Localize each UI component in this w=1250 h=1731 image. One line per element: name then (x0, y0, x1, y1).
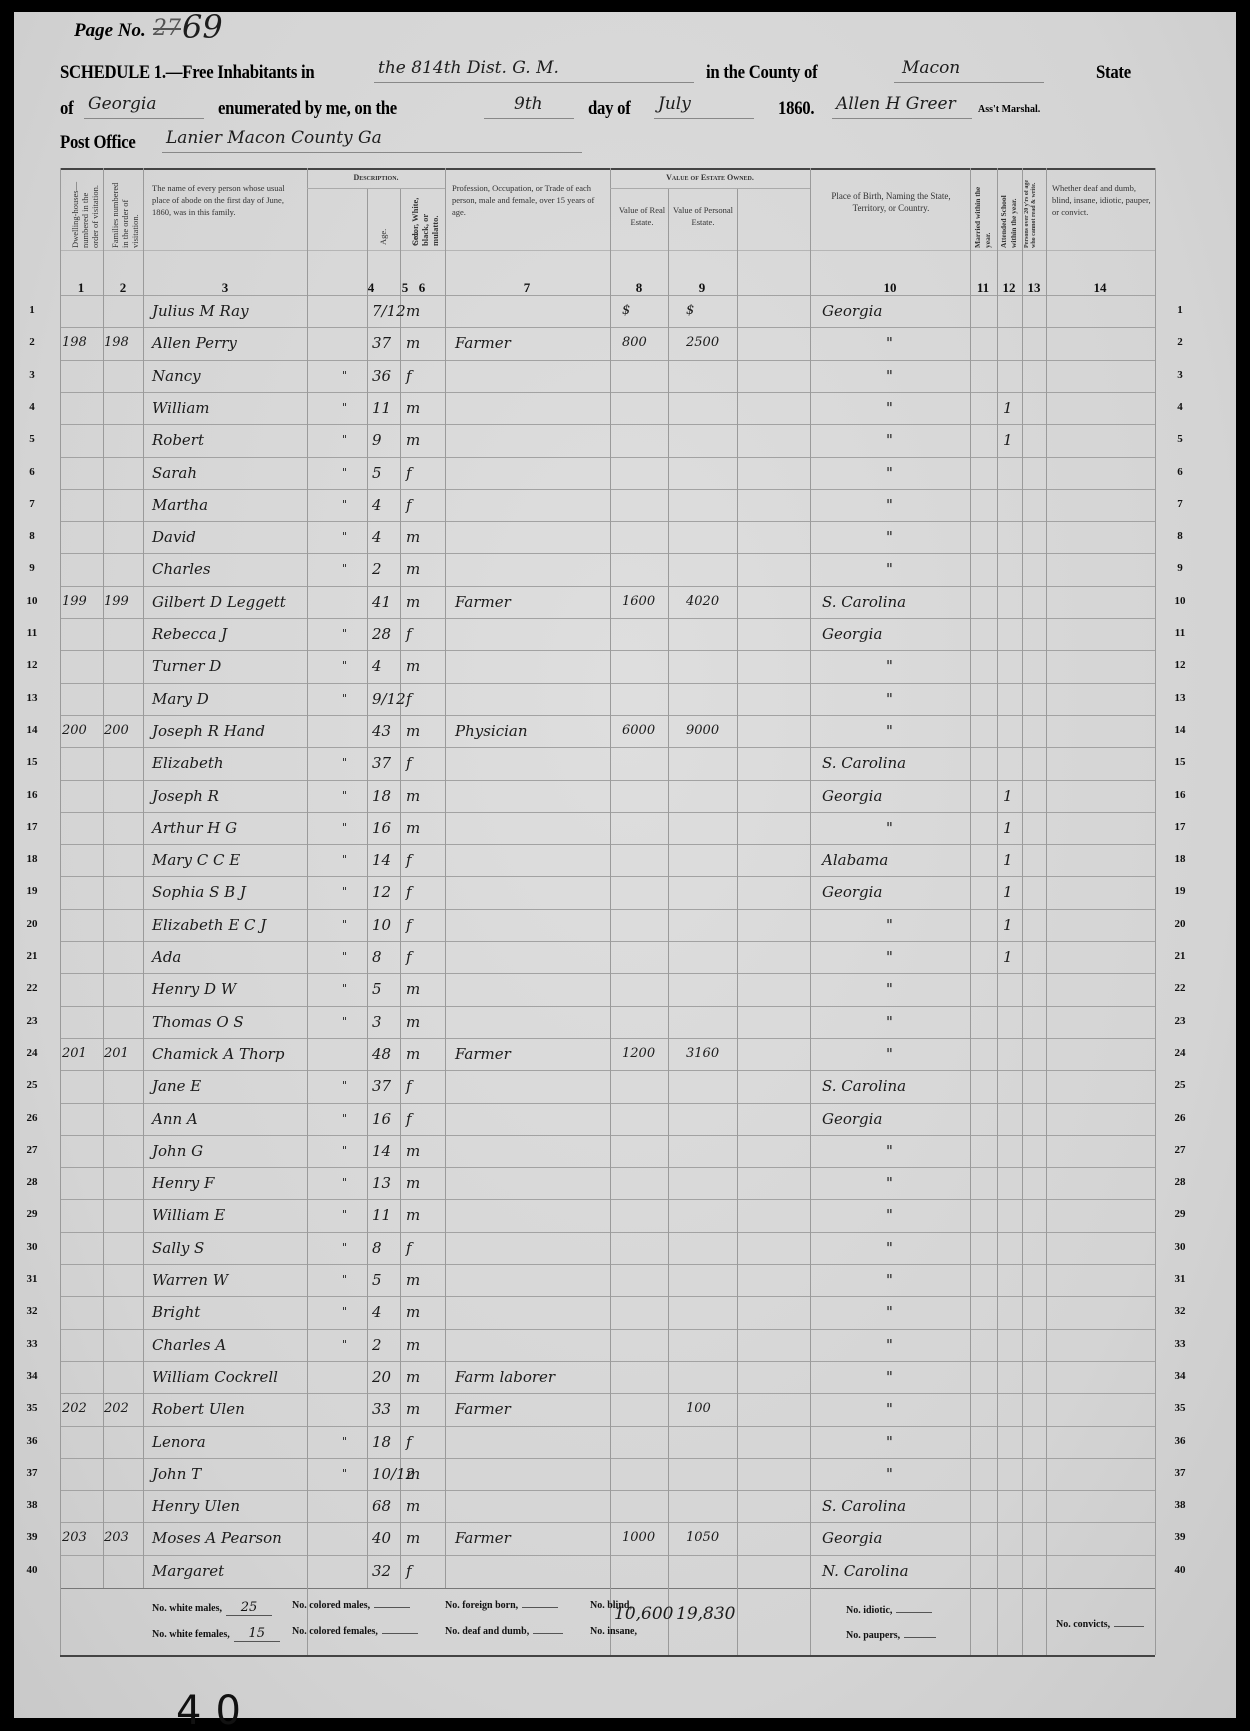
age: 13 (372, 1173, 391, 1193)
sex: m (406, 818, 420, 838)
occupation: Farmer (455, 1044, 511, 1064)
age: 18 (372, 1432, 391, 1452)
family-number: 201 (104, 1044, 129, 1064)
surname-ditto: " (342, 1141, 347, 1161)
birthplace: " (886, 463, 893, 483)
birthplace: " (886, 1141, 893, 1161)
birthplace: S. Carolina (822, 1076, 906, 1096)
surname-ditto: " (342, 1238, 347, 1258)
surname-ditto: " (342, 398, 347, 418)
sex: m (406, 527, 420, 547)
family-number: 199 (104, 592, 129, 612)
line-number-left: 31 (20, 1273, 44, 1285)
person-name: Thomas O S (152, 1012, 244, 1032)
line-number-right: 9 (1168, 562, 1192, 574)
birthplace: " (886, 1270, 893, 1290)
person-name: Rebecca J (152, 624, 227, 644)
birthplace: " (886, 495, 893, 515)
birthplace: " (886, 689, 893, 709)
real-estate-value: 1000 (622, 1528, 655, 1548)
person-name: Robert (152, 430, 204, 450)
page-header: Page No. 27 69 SCHEDULE 1.—Free Inhabita… (14, 12, 1236, 172)
col-header-married: Married within the year. (973, 174, 995, 248)
col-header-age: Age. (378, 223, 392, 245)
col-group-description: Description. (307, 172, 445, 184)
line-number-right: 24 (1168, 1047, 1192, 1059)
person-name: Joseph R Hand (152, 721, 265, 741)
attended-school: 1 (1003, 850, 1013, 870)
surname-ditto: " (342, 1335, 347, 1355)
family-number: 202 (104, 1399, 129, 1419)
age: 9/12 (372, 689, 406, 709)
age: 9 (372, 430, 382, 450)
surname-ditto: " (342, 559, 347, 579)
col-header-school: Attended School within the year. (999, 174, 1021, 248)
line-number-left: 21 (20, 950, 44, 962)
line-number-right: 38 (1168, 1499, 1192, 1511)
birthplace: " (886, 1173, 893, 1193)
family-number: 198 (104, 333, 129, 353)
line-number-left: 15 (20, 756, 44, 768)
surname-ditto: " (342, 366, 347, 386)
line-number-left: 7 (20, 498, 44, 510)
real-estate-value: 1600 (622, 592, 655, 612)
line-number-left: 18 (20, 853, 44, 865)
line-number-right: 22 (1168, 982, 1192, 994)
column-number: 3 (211, 280, 239, 296)
personal-estate-value: 9000 (686, 721, 719, 741)
sex: m (406, 398, 420, 418)
birthplace: " (886, 915, 893, 935)
surname-ditto: " (342, 915, 347, 935)
white-males-label: No. white males, (152, 1603, 222, 1614)
sex: f (406, 1561, 412, 1581)
total-personal-estate: 19,830 (676, 1604, 735, 1624)
real-estate-value: 800 (622, 333, 647, 353)
age: 10 (372, 915, 391, 935)
birthplace: " (886, 947, 893, 967)
line-number-left: 22 (20, 982, 44, 994)
person-name: Sophia S B J (152, 882, 246, 902)
line-number-left: 4 (20, 401, 44, 413)
line-number-right: 35 (1168, 1402, 1192, 1414)
line-number-left: 26 (20, 1112, 44, 1124)
line-number-left: 2 (20, 336, 44, 348)
birthplace: " (886, 1044, 893, 1064)
person-name: Moses A Pearson (152, 1528, 282, 1548)
line-number-right: 32 (1168, 1305, 1192, 1317)
person-name: David (152, 527, 196, 547)
surname-ditto: " (342, 753, 347, 773)
foreign-born-label: No. foreign born, (445, 1600, 518, 1611)
line-number-right: 30 (1168, 1241, 1192, 1253)
col-header-condition: Whether deaf and dumb, blind, insane, id… (1052, 182, 1152, 218)
person-name: Allen Perry (152, 333, 237, 353)
colored-males-label: No. colored males, (292, 1600, 370, 1611)
person-name: Nancy (152, 366, 201, 386)
line-number-right: 11 (1168, 627, 1192, 639)
year-label: 1860. (778, 98, 814, 120)
schedule-label: SCHEDULE 1.—Free Inhabitants in (60, 62, 314, 84)
state-value: Georgia (88, 94, 156, 114)
birthplace: Georgia (822, 786, 882, 806)
age: 37 (372, 333, 391, 353)
personal-estate-value: 2500 (686, 333, 719, 353)
birthplace: " (886, 1367, 893, 1387)
col-header-birthplace: Place of Birth, Naming the State, Territ… (816, 190, 966, 214)
sex: f (406, 1076, 412, 1096)
age: 2 (372, 559, 382, 579)
col-header-color: Color, White, black, or mulatto. (410, 192, 440, 246)
person-name: Henry Ulen (152, 1496, 240, 1516)
line-number-right: 29 (1168, 1208, 1192, 1220)
age: 8 (372, 1238, 382, 1258)
sex: m (406, 1270, 420, 1290)
age: 16 (372, 818, 391, 838)
sex: f (406, 915, 412, 935)
surname-ditto: " (342, 1302, 347, 1322)
sex: m (406, 1528, 420, 1548)
day-of-label: day of (588, 98, 631, 120)
person-name: Elizabeth (152, 753, 224, 773)
line-number-right: 25 (1168, 1079, 1192, 1091)
line-number-right: 17 (1168, 821, 1192, 833)
line-number-right: 5 (1168, 433, 1192, 445)
sex: f (406, 882, 412, 902)
sex: m (406, 1173, 420, 1193)
sex: f (406, 463, 412, 483)
family-number: 203 (104, 1528, 129, 1548)
line-number-right: 33 (1168, 1338, 1192, 1350)
sex: m (406, 301, 420, 321)
real-estate-value: 6000 (622, 721, 655, 741)
page-number-value: 69 (182, 8, 223, 46)
birthplace: Georgia (822, 1528, 882, 1548)
line-number-right: 40 (1168, 1564, 1192, 1576)
line-number-right: 23 (1168, 1015, 1192, 1027)
person-name: Sarah (152, 463, 197, 483)
person-name: Robert Ulen (152, 1399, 245, 1419)
dwelling-number: 202 (62, 1399, 87, 1419)
sex: f (406, 1432, 412, 1452)
person-name: Henry F (152, 1173, 214, 1193)
person-name: Elizabeth E C J (152, 915, 266, 935)
age: 5 (372, 463, 382, 483)
sex: f (406, 753, 412, 773)
birthplace: " (886, 1238, 893, 1258)
county-label: in the County of (706, 62, 817, 84)
birthplace: " (886, 398, 893, 418)
col-header-illiterate: Persons over 20 y'rs of age who cannot r… (1024, 170, 1046, 248)
line-number-right: 31 (1168, 1273, 1192, 1285)
sex: f (406, 624, 412, 644)
line-number-right: 26 (1168, 1112, 1192, 1124)
sex: m (406, 1464, 420, 1484)
age: 68 (372, 1496, 391, 1516)
line-number-left: 38 (20, 1499, 44, 1511)
age: 43 (372, 721, 391, 741)
age: 8 (372, 947, 382, 967)
birthplace: " (886, 979, 893, 999)
dwelling-number: 203 (62, 1528, 87, 1548)
occupation: Farm laborer (455, 1367, 555, 1387)
person-name: John G (152, 1141, 203, 1161)
person-name: Sally S (152, 1238, 204, 1258)
sex: m (406, 1044, 420, 1064)
age: 18 (372, 786, 391, 806)
state-label: State (1096, 62, 1131, 84)
person-name: Gilbert D Leggett (152, 592, 286, 612)
paupers-label: No. paupers, (846, 1630, 900, 1641)
sex: m (406, 592, 420, 612)
surname-ditto: " (342, 1012, 347, 1032)
dwelling-number: 200 (62, 721, 87, 741)
age: 4 (372, 1302, 382, 1322)
line-number-left: 8 (20, 530, 44, 542)
dwelling-number: 198 (62, 333, 87, 353)
age: 4 (372, 495, 382, 515)
family-number: 200 (104, 721, 129, 741)
person-name: Ann A (152, 1109, 198, 1129)
real-estate-value: 1200 (622, 1044, 655, 1064)
birthplace: S. Carolina (822, 1496, 906, 1516)
birthplace: " (886, 1302, 893, 1322)
birthplace: Georgia (822, 624, 882, 644)
sex: m (406, 559, 420, 579)
birthplace: " (886, 527, 893, 547)
line-number-left: 5 (20, 433, 44, 445)
age: 5 (372, 979, 382, 999)
person-name: Lenora (152, 1432, 206, 1452)
person-name: Jane E (152, 1076, 201, 1096)
birthplace: " (886, 1205, 893, 1225)
line-number-left: 1 (20, 304, 44, 316)
line-number-left: 12 (20, 659, 44, 671)
birthplace: " (886, 430, 893, 450)
line-number-right: 6 (1168, 466, 1192, 478)
line-number-right: 20 (1168, 918, 1192, 930)
person-name: John T (152, 1464, 201, 1484)
insane-label: No. insane, (590, 1626, 637, 1637)
line-number-left: 6 (20, 466, 44, 478)
surname-ditto: " (342, 1464, 347, 1484)
personal-estate-value: 100 (686, 1399, 711, 1419)
birthplace: Georgia (822, 882, 882, 902)
attended-school: 1 (1003, 818, 1013, 838)
surname-ditto: " (342, 1173, 347, 1193)
age: 11 (372, 398, 391, 418)
attended-school: 1 (1003, 398, 1013, 418)
surname-ditto: " (342, 1432, 347, 1452)
line-number-left: 25 (20, 1079, 44, 1091)
age: 32 (372, 1561, 391, 1581)
personal-estate-value: 3160 (686, 1044, 719, 1064)
person-name: Charles (152, 559, 211, 579)
surname-ditto: " (342, 882, 347, 902)
sex: m (406, 1399, 420, 1419)
birthplace: " (886, 656, 893, 676)
person-name: Julius M Ray (152, 301, 249, 321)
attended-school: 1 (1003, 430, 1013, 450)
line-number-right: 3 (1168, 369, 1192, 381)
age: 37 (372, 753, 391, 773)
person-name: Martha (152, 495, 208, 515)
deaf-dumb-label: No. deaf and dumb, (445, 1626, 529, 1637)
surname-ditto: " (342, 850, 347, 870)
district-value: the 814th Dist. G. M. (378, 58, 559, 78)
age: 37 (372, 1076, 391, 1096)
surname-ditto: " (342, 463, 347, 483)
total-real-estate: 10,600 (614, 1604, 673, 1624)
occupation: Farmer (455, 333, 511, 353)
line-number-right: 18 (1168, 853, 1192, 865)
birthplace: " (886, 333, 893, 353)
column-number: 10 (876, 280, 904, 296)
line-number-left: 28 (20, 1176, 44, 1188)
line-number-right: 36 (1168, 1435, 1192, 1447)
age: 48 (372, 1044, 391, 1064)
attended-school: 1 (1003, 915, 1013, 935)
col-header-real-estate: Value of Real Estate. (618, 204, 666, 228)
occupation: Farmer (455, 1528, 511, 1548)
person-name: Henry D W (152, 979, 236, 999)
surname-ditto: " (342, 818, 347, 838)
age: 2 (372, 1335, 382, 1355)
sex: m (406, 656, 420, 676)
person-name: Warren W (152, 1270, 228, 1290)
line-number-left: 19 (20, 885, 44, 897)
line-number-left: 13 (20, 692, 44, 704)
birthplace: " (886, 818, 893, 838)
line-number-right: 1 (1168, 304, 1192, 316)
surname-ditto: " (342, 1270, 347, 1290)
surname-ditto: " (342, 1205, 347, 1225)
line-number-left: 20 (20, 918, 44, 930)
occupation: Farmer (455, 592, 511, 612)
line-number-left: 10 (20, 595, 44, 607)
birthplace: " (886, 1432, 893, 1452)
age: 41 (372, 592, 391, 612)
age: 16 (372, 1109, 391, 1129)
line-number-left: 3 (20, 369, 44, 381)
surname-ditto: " (342, 1076, 347, 1096)
post-office-label: Post Office (60, 132, 136, 154)
birthplace: S. Carolina (822, 753, 906, 773)
white-males-value: 25 (226, 1600, 272, 1616)
line-number-left: 27 (20, 1144, 44, 1156)
of-label: of (60, 98, 73, 120)
line-number-right: 2 (1168, 336, 1192, 348)
sex: m (406, 1012, 420, 1032)
column-number: 1 (67, 280, 95, 296)
line-number-left: 36 (20, 1435, 44, 1447)
post-office-value: Lanier Macon County Ga (166, 128, 382, 148)
age: 11 (372, 1205, 391, 1225)
line-number-right: 4 (1168, 401, 1192, 413)
person-name: Chamick A Thorp (152, 1044, 284, 1064)
line-number-left: 37 (20, 1467, 44, 1479)
person-name: Bright (152, 1302, 200, 1322)
sex: m (406, 786, 420, 806)
birthplace: " (886, 1012, 893, 1032)
column-number: 12 (995, 280, 1023, 296)
age: 7/12 (372, 301, 406, 321)
col-header-dwelling: Dwelling-houses— numbered in the order o… (70, 176, 96, 248)
birthplace: " (886, 721, 893, 741)
sex: m (406, 333, 420, 353)
line-number-left: 23 (20, 1015, 44, 1027)
attended-school: 1 (1003, 786, 1013, 806)
surname-ditto: " (342, 624, 347, 644)
column-number: 8 (625, 280, 653, 296)
surname-ditto: " (342, 527, 347, 547)
convicts-label: No. convicts, (1056, 1619, 1110, 1630)
sex: f (406, 1238, 412, 1258)
person-name: Margaret (152, 1561, 224, 1581)
occupation: Physician (455, 721, 528, 741)
age: 5 (372, 1270, 382, 1290)
column-number: 7 (513, 280, 541, 296)
age: 14 (372, 1141, 391, 1161)
sex: f (406, 366, 412, 386)
census-table: Dwelling-houses— numbered in the order o… (60, 168, 1155, 1655)
line-number-left: 29 (20, 1208, 44, 1220)
real-estate-value: $ (622, 301, 630, 321)
column-number: 2 (109, 280, 137, 296)
surname-ditto: " (342, 495, 347, 515)
age: 4 (372, 656, 382, 676)
col-group-estate: Value of Estate Owned. (610, 172, 810, 184)
line-number-left: 35 (20, 1402, 44, 1414)
person-name: Ada (152, 947, 181, 967)
marshal-label: Ass't Marshal. (978, 104, 1040, 115)
surname-ditto: " (342, 786, 347, 806)
col-header-family: Families numbered in the order of visita… (110, 176, 136, 248)
person-name: William Cockrell (152, 1367, 278, 1387)
sex: f (406, 689, 412, 709)
age: 28 (372, 624, 391, 644)
birthplace: " (886, 366, 893, 386)
line-number-right: 7 (1168, 498, 1192, 510)
occupation: Farmer (455, 1399, 511, 1419)
birthplace: " (886, 559, 893, 579)
line-number-right: 8 (1168, 530, 1192, 542)
sex: m (406, 1367, 420, 1387)
colored-females-label: No. colored females, (292, 1626, 378, 1637)
person-name: William E (152, 1205, 225, 1225)
sex: m (406, 1496, 420, 1516)
birthplace: Georgia (822, 301, 882, 321)
attended-school: 1 (1003, 882, 1013, 902)
birthplace: " (886, 1464, 893, 1484)
line-number-right: 39 (1168, 1531, 1192, 1543)
sex: f (406, 947, 412, 967)
line-number-right: 12 (1168, 659, 1192, 671)
column-number: 11 (969, 280, 997, 296)
line-number-right: 14 (1168, 724, 1192, 736)
line-number-right: 21 (1168, 950, 1192, 962)
dwelling-number: 199 (62, 592, 87, 612)
line-number-left: 34 (20, 1370, 44, 1382)
line-number-left: 40 (20, 1564, 44, 1576)
line-number-right: 34 (1168, 1370, 1192, 1382)
age: 3 (372, 1012, 382, 1032)
line-number-left: 17 (20, 821, 44, 833)
age: 20 (372, 1367, 391, 1387)
personal-estate-value: $ (686, 301, 694, 321)
column-number: 9 (688, 280, 716, 296)
birthplace: " (886, 1399, 893, 1419)
